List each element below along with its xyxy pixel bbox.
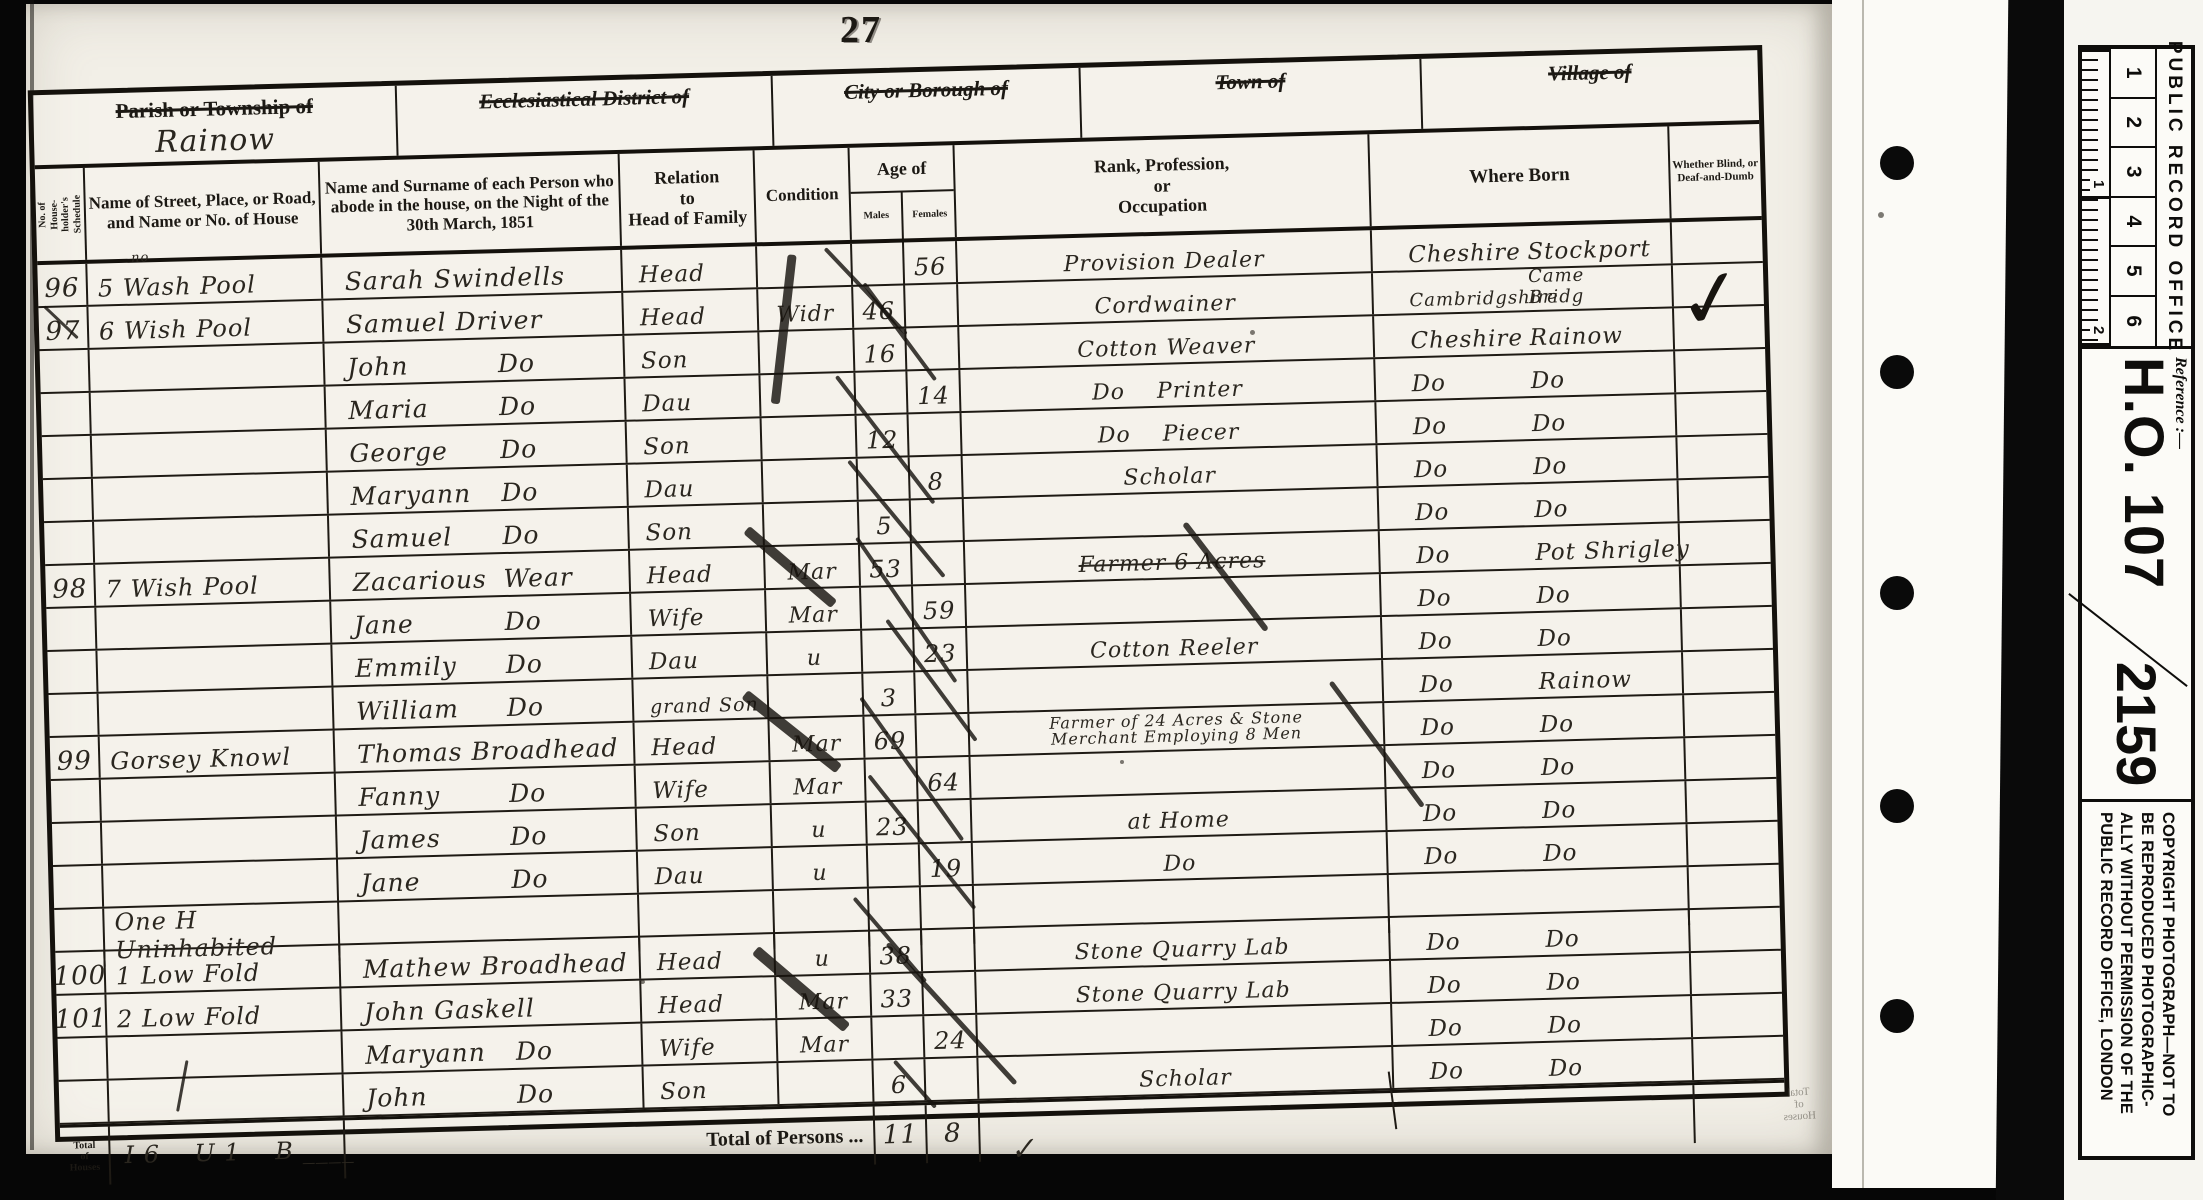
relation-cell: Wife bbox=[642, 1020, 778, 1065]
street-cell bbox=[101, 774, 337, 821]
blind-cell bbox=[1680, 521, 1771, 564]
schedule-number bbox=[53, 866, 104, 908]
blind-cell bbox=[1692, 994, 1783, 1037]
condition-cell bbox=[763, 459, 859, 502]
blind-cell bbox=[1690, 908, 1781, 951]
relation-cell: Wife bbox=[631, 590, 767, 635]
city-borough-cell: City or Borough of bbox=[773, 68, 1083, 146]
age-male-cell bbox=[872, 1016, 925, 1058]
born-cell: DoDo bbox=[1393, 1039, 1694, 1088]
schedule-number bbox=[41, 393, 92, 435]
table-body: 96no5 Wash PoolSarah SwindellsHead56Prov… bbox=[37, 220, 1784, 1125]
paper-speck bbox=[1120, 760, 1124, 764]
age-female-cell bbox=[909, 413, 963, 455]
born-cell: DoDo bbox=[1390, 910, 1691, 959]
copyright-notice: COPYRIGHT PHOTOGRAPH—NOT TO BE REPRODUCE… bbox=[2082, 799, 2191, 1156]
ruler-ticks: 1 2 bbox=[2082, 49, 2109, 346]
schedule-number: 96 bbox=[37, 264, 88, 306]
born-cell: DoDo bbox=[1385, 738, 1686, 787]
condition-cell: Widr bbox=[758, 287, 854, 330]
totals-empty-blind: Total of Houses bbox=[1694, 1083, 1785, 1143]
born-cell: DoRainow bbox=[1383, 652, 1684, 701]
name-cell: MariaDo bbox=[326, 379, 627, 428]
inch-label: 1 bbox=[2090, 177, 2107, 191]
blind-cell bbox=[1691, 951, 1782, 994]
relation-cell: Head bbox=[622, 246, 758, 291]
street-cell bbox=[97, 645, 333, 692]
ecclesiastical-district-label: Ecclesiastical District of bbox=[479, 84, 690, 113]
blind-cell bbox=[1682, 607, 1773, 650]
totals-empty-born bbox=[1394, 1085, 1695, 1151]
blind-cell bbox=[1675, 349, 1766, 392]
schedule-number: 101 bbox=[56, 995, 107, 1037]
females-label: Females bbox=[903, 191, 957, 238]
reference-piece-number: 2159 bbox=[2082, 649, 2191, 799]
age-female-cell: 56 bbox=[904, 241, 958, 283]
relation-cell: Head bbox=[623, 289, 759, 334]
born-cell: DoDo bbox=[1376, 394, 1677, 443]
relation-cell: Son bbox=[627, 418, 763, 463]
col-occupation: Rank, Profession, or Occupation bbox=[954, 134, 1371, 237]
ecclesiastical-district-cell: Ecclesiastical District of bbox=[397, 76, 775, 156]
born-cell: DoDo bbox=[1386, 781, 1687, 830]
condition-cell: Mar bbox=[777, 1018, 873, 1061]
schedule-number bbox=[44, 522, 95, 564]
relation-cell: Son bbox=[637, 805, 773, 850]
total-houses-value: I 6 U 1 B ____ bbox=[110, 1120, 346, 1184]
street-cell bbox=[102, 817, 338, 864]
condition-cell: u bbox=[775, 932, 871, 975]
street-cell: no5 Wash Pool bbox=[87, 258, 323, 305]
blind-cell bbox=[1681, 564, 1772, 607]
schedule-number bbox=[49, 694, 100, 736]
census-table: Parish or Township of Rainow Ecclesiasti… bbox=[28, 45, 1790, 1142]
street-cell bbox=[108, 1031, 344, 1078]
blind-cell bbox=[1688, 822, 1779, 865]
street-cell: 2 Low Fold bbox=[106, 988, 342, 1035]
parish-township-cell: Parish or Township of Rainow bbox=[33, 86, 399, 166]
born-cell: DoDo bbox=[1375, 351, 1676, 400]
age-female-cell bbox=[925, 1058, 979, 1100]
village-cell: Village of bbox=[1421, 50, 1759, 129]
name-cell: JaneDo bbox=[338, 852, 639, 901]
inch-label: 2 bbox=[2090, 323, 2107, 337]
street-cell bbox=[96, 602, 332, 649]
name-cell: John Gaskell bbox=[341, 981, 642, 1030]
name-cell: GeorgeDo bbox=[327, 422, 628, 471]
born-cell: DoDo bbox=[1392, 996, 1693, 1045]
schedule-number: 99 bbox=[50, 737, 101, 779]
relation-cell: Head bbox=[630, 547, 766, 592]
age-male-cell bbox=[868, 844, 921, 886]
col-condition: Condition bbox=[755, 148, 852, 242]
name-cell: WilliamDo bbox=[333, 680, 634, 729]
name-cell: FannyDo bbox=[336, 766, 637, 815]
parish-township-label: Parish or Township of bbox=[115, 94, 313, 123]
col-whether-blind: Whether Blind, or Deaf-and-Dumb bbox=[1669, 124, 1761, 218]
relation-cell: Dau bbox=[628, 461, 764, 506]
street-cell bbox=[92, 430, 328, 477]
age-female-cell: 8 bbox=[910, 456, 964, 498]
relation-cell: Dau bbox=[632, 633, 768, 678]
blind-cell bbox=[1684, 693, 1775, 736]
city-borough-label: City or Borough of bbox=[844, 76, 1009, 104]
backing-strip bbox=[1832, 0, 2014, 1188]
street-annotation: no bbox=[131, 250, 150, 265]
schedule-number bbox=[40, 350, 91, 392]
schedule-number: 98 bbox=[45, 565, 96, 607]
blind-cell: ✓ bbox=[1673, 263, 1764, 306]
name-cell: JamesDo bbox=[337, 809, 638, 858]
total-persons-label: Total of Persons ... bbox=[345, 1107, 876, 1179]
males-label: Males bbox=[851, 192, 904, 239]
col-street: Name of Street, Place, or Road, and Name… bbox=[85, 162, 322, 260]
schedule-number bbox=[46, 608, 97, 650]
total-males: 11 bbox=[875, 1105, 929, 1164]
age-female-cell bbox=[922, 929, 976, 971]
born-cell: CheshireRainow bbox=[1374, 308, 1675, 357]
page-number: 27 bbox=[840, 8, 882, 52]
show-through-print: Total of Houses bbox=[1781, 1085, 1816, 1123]
condition-cell bbox=[778, 1061, 874, 1104]
name-cell: Sarah Swindells bbox=[322, 250, 623, 299]
punch-hole bbox=[1880, 355, 1914, 389]
col-where-born: Where Born bbox=[1369, 126, 1671, 226]
schedule-number bbox=[51, 780, 102, 822]
paper-speck bbox=[1878, 212, 1884, 218]
punch-hole bbox=[1880, 576, 1914, 610]
name-cell: JohnDo bbox=[344, 1067, 645, 1116]
paper-crease-line bbox=[1862, 0, 1864, 1188]
parish-township-value: Rainow bbox=[34, 119, 397, 163]
blind-cell bbox=[1678, 478, 1769, 521]
schedule-number: 100 bbox=[55, 952, 106, 994]
relation-cell: Dau bbox=[625, 375, 761, 420]
blind-cell bbox=[1683, 650, 1774, 693]
col-age: Age of Males Females bbox=[850, 145, 957, 240]
town-cell: Town of bbox=[1080, 59, 1423, 138]
town-label: Town of bbox=[1215, 68, 1285, 94]
relation-cell: Son bbox=[629, 504, 765, 549]
col-name-surname: Name and Surname of each Person who abod… bbox=[320, 154, 622, 254]
blind-cell bbox=[1693, 1037, 1784, 1080]
paper-speck bbox=[640, 980, 645, 984]
name-cell: EmmilyDo bbox=[332, 637, 633, 686]
relation-cell: Head bbox=[634, 719, 770, 764]
relation-cell: Head bbox=[641, 977, 777, 1022]
census-scan-screenshot: 27 Parish or Township of Rainow Ecclesia… bbox=[0, 0, 2203, 1200]
born-cell: DoDo bbox=[1388, 824, 1689, 873]
schedule-number bbox=[42, 436, 93, 478]
punch-hole bbox=[1880, 146, 1914, 180]
total-houses-label: Total of Houses bbox=[60, 1127, 112, 1186]
age-female-cell bbox=[905, 284, 959, 326]
name-cell: MaryannDo bbox=[328, 465, 629, 514]
age-of-label: Age of bbox=[850, 145, 954, 194]
name-cell: ZacariousWear bbox=[330, 551, 631, 600]
born-cell: DoDo bbox=[1384, 695, 1685, 744]
total-females: 8 bbox=[927, 1104, 982, 1163]
street-cell bbox=[99, 688, 335, 735]
street-cell: Gorsey Knowl bbox=[100, 731, 336, 778]
relation-cell: Son bbox=[643, 1063, 779, 1108]
born-cell: DoDo bbox=[1377, 437, 1678, 486]
condition-cell: Mar bbox=[771, 760, 867, 803]
condition-cell bbox=[768, 674, 864, 717]
col-relation: Relation to Head of Family bbox=[620, 150, 757, 246]
blind-cell bbox=[1686, 779, 1777, 822]
born-cell: DoPot Shrigley bbox=[1380, 523, 1681, 572]
name-cell: Mathew Broadhead bbox=[340, 938, 641, 987]
blind-cell bbox=[1685, 736, 1776, 779]
born-cell: DoDo bbox=[1391, 953, 1692, 1002]
street-cell: 6 Wish Pool bbox=[88, 301, 324, 348]
schedule-number bbox=[58, 1038, 109, 1080]
age-male-cell bbox=[852, 242, 905, 284]
blind-cell bbox=[1677, 435, 1768, 478]
name-cell: Thomas Broadhead bbox=[335, 723, 636, 772]
pro-reference-section: Reference :— H.O. 107 bbox=[2082, 349, 2191, 649]
relation-cell: Son bbox=[624, 332, 760, 377]
street-cell: 1 Low Fold bbox=[105, 945, 341, 992]
reference-series: H.O. 107 bbox=[2118, 357, 2171, 641]
age-female-cell bbox=[911, 499, 965, 541]
blind-cell bbox=[1676, 392, 1767, 435]
pro-office-title: PUBLIC RECORD OFFICE bbox=[2155, 49, 2191, 346]
condition-cell bbox=[759, 330, 855, 373]
born-cell: DoDo bbox=[1381, 566, 1682, 615]
street-cell: 7 Wish Pool bbox=[95, 559, 331, 606]
street-cell bbox=[109, 1074, 345, 1121]
name-cell: JohnDo bbox=[324, 336, 625, 385]
age-female-cell: 59 bbox=[913, 585, 967, 627]
pro-ruler-section: PUBLIC RECORD OFFICE 1 2 3 4 5 6 1 2 bbox=[2082, 49, 2191, 349]
condition-cell bbox=[762, 416, 858, 459]
condition-cell bbox=[764, 502, 860, 545]
condition-cell: u bbox=[773, 846, 869, 889]
name-cell: Samuel Driver bbox=[323, 293, 624, 342]
street-cell bbox=[93, 473, 329, 520]
born-cell: DoDo bbox=[1382, 609, 1683, 658]
born-cell: CambridgshireCame Bridg bbox=[1373, 265, 1674, 314]
street-cell bbox=[103, 859, 339, 906]
pro-ruler-numbers: 1 2 3 4 5 6 bbox=[2109, 49, 2155, 346]
born-cell: DoDo bbox=[1379, 480, 1680, 529]
col-schedule-number: No. of House- holder's Schedule bbox=[35, 168, 87, 261]
street-cell bbox=[94, 516, 330, 563]
schedule-number bbox=[59, 1081, 110, 1123]
name-cell: JaneDo bbox=[331, 594, 632, 643]
name-cell: MaryannDo bbox=[342, 1024, 643, 1073]
paper-speck bbox=[1250, 330, 1255, 335]
street-cell bbox=[91, 387, 327, 434]
punch-hole bbox=[1880, 999, 1914, 1033]
condition-cell: u bbox=[772, 803, 868, 846]
schedule-number bbox=[52, 823, 103, 865]
pro-reference-box: PUBLIC RECORD OFFICE 1 2 3 4 5 6 1 2 Ref… bbox=[2078, 45, 2195, 1160]
schedule-number bbox=[47, 651, 98, 693]
schedule-number bbox=[43, 479, 94, 521]
born-cell: CheshireStockport bbox=[1372, 222, 1673, 271]
relation-cell: Dau bbox=[638, 848, 774, 893]
street-cell bbox=[90, 344, 326, 391]
relation-cell: Wife bbox=[636, 762, 772, 807]
name-cell: SamuelDo bbox=[329, 508, 630, 557]
blind-cell bbox=[1674, 306, 1765, 349]
village-label: Village of bbox=[1548, 59, 1632, 85]
punch-hole bbox=[1880, 789, 1914, 823]
condition-cell: u bbox=[767, 631, 863, 674]
